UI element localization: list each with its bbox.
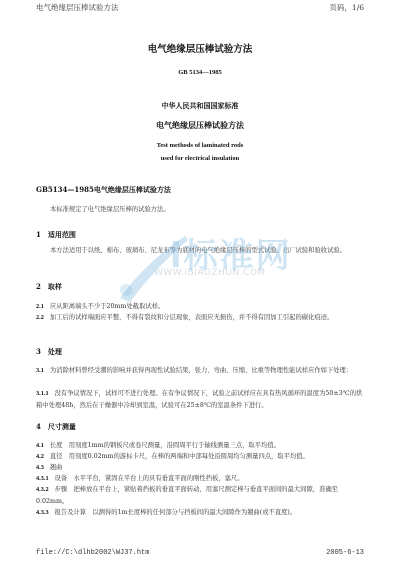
page-number: 页码，1/6: [329, 2, 364, 13]
section-1-heading: 1 适用范围: [36, 230, 76, 240]
clause-number: 4.3.1: [36, 475, 49, 482]
clause-2-1: 2.1应从距离端头不少于20mm处截取试样。: [36, 301, 366, 313]
clause-text: 应从距离端头不少于20mm处截取试样。: [50, 303, 164, 310]
clause-number: 2.1: [36, 303, 44, 310]
clause-2-2: 2.2加工后的试样端面应平整，不得有裂纹和分层现象，表面应无损伤，并不得有因加工…: [36, 312, 366, 324]
document-heading: GB5134—1985电气绝缘层压棒试验方法: [36, 185, 171, 195]
clause-3-1-1: 3.1.1没有争议情况下，试样可不进行处理。在有争议情况下，试验之前试样应在具有…: [36, 388, 366, 411]
clause-4-3-2: 4.3.2步骤 把棒放在平台上，紧贴着挡板的垂直平面转动，用塞尺测定棒与垂直平面…: [36, 484, 366, 507]
english-title-line-2: used for electrical insulation: [0, 155, 400, 162]
section-1-text: 本方法适用于以纸、棉布、玻璃布、尼龙布等为底材的电气绝缘层压棒的型式试验、出厂试…: [36, 245, 366, 257]
clause-text: 翘曲: [50, 464, 63, 471]
clause-text: 报告及计算 以测得的1m长度棒的任何部分与挡板间的最大间隙作为翘曲(或不直度)。: [55, 509, 297, 516]
clause-text: 步骤 把棒放在平台上，紧贴着挡板的垂直平面转动，用塞尺测定棒与垂直平面间的最大间…: [36, 486, 338, 505]
page-header-title: 电气绝缘层压棒试验方法: [36, 2, 119, 13]
clause-text: 长度 用刻度1mm的钢板尺或卷尺测量，沿圆周平行于轴线测量三点，取平均值。: [50, 442, 280, 449]
clause-text: 直径 用刻度0.02mm的游标卡尺，在棒的两端和中部每处沿圆周均匀测量四点，取平…: [50, 453, 309, 460]
standard-code: GB 5134—1985: [0, 69, 400, 76]
watermark-url: WWW.iBIAOZHUN.COM: [154, 268, 266, 278]
national-standard-label: 中华人民共和国国家标准: [0, 101, 400, 111]
clause-text: 加工后的试样端面应平整，不得有裂纹和分层现象，表面应无损伤，并不得有因加工引起的…: [50, 314, 333, 321]
clause-3-1: 3.1为消除材料曾经受潮的影响并获得再现性试验结果，张力、弯曲、压缩、比重等物理…: [36, 365, 366, 377]
clause-4-2: 4.2直径 用刻度0.02mm的游标卡尺，在棒的两端和中部每处沿圆周均匀测量四点…: [36, 451, 366, 463]
clause-number: 4.1: [36, 442, 44, 449]
clause-4-3-3: 4.3.3报告及计算 以测得的1m长度棒的任何部分与挡板间的最大间隙作为翘曲(或…: [36, 507, 366, 519]
clause-number: 4.2: [36, 453, 44, 460]
clause-number: 4.3.3: [36, 509, 49, 516]
clause-number: 4.3: [36, 464, 44, 471]
clause-number: 3.1: [36, 367, 44, 374]
print-date: 2005-6-13: [326, 549, 364, 557]
clause-4-3: 4.3翘曲: [36, 462, 366, 474]
watermark-swoosh-icon: [100, 228, 190, 308]
standard-title: 电气绝缘层压棒试验方法: [0, 120, 400, 131]
file-path: file://C:\dlhb2002\WJ37.htm: [36, 549, 149, 557]
clause-4-3-1: 4.3.1设备 水平平台，紧固在平台上的具有垂直平面的刚性挡板，塞尺。: [36, 473, 366, 485]
section-4-heading: 4 尺寸测量: [36, 422, 76, 432]
clause-4-1: 4.1长度 用刻度1mm的钢板尺或卷尺测量，沿圆周平行于轴线测量三点，取平均值。: [36, 440, 366, 452]
clause-text: 为消除材料曾经受潮的影响并获得再现性试验结果，张力、弯曲、压缩、比重等物理性能试…: [50, 367, 352, 374]
clause-text: 没有争议情况下，试样可不进行处理。在有争议情况下，试验之前试样应在具有热风循环的…: [36, 390, 362, 409]
english-title-line-1: Test methods of laminated rods: [0, 142, 400, 149]
clause-text: 设备 水平平台，紧固在平台上的具有垂直平面的刚性挡板，塞尺。: [55, 475, 244, 482]
watermark: i标准网 WWW.iBIAOZHUN.COM: [100, 228, 330, 308]
section-2-heading: 2 取样: [36, 282, 62, 292]
section-3-heading: 3 处理: [36, 347, 62, 357]
clause-number: 2.2: [36, 314, 44, 321]
clause-number: 4.3.2: [36, 486, 49, 493]
clause-number: 3.1.1: [36, 390, 49, 397]
intro-paragraph: 本标准规定了电气绝缘层压棒的试验方法。: [36, 204, 366, 216]
document-title: 电气绝缘层压棒试验方法: [0, 41, 400, 55]
